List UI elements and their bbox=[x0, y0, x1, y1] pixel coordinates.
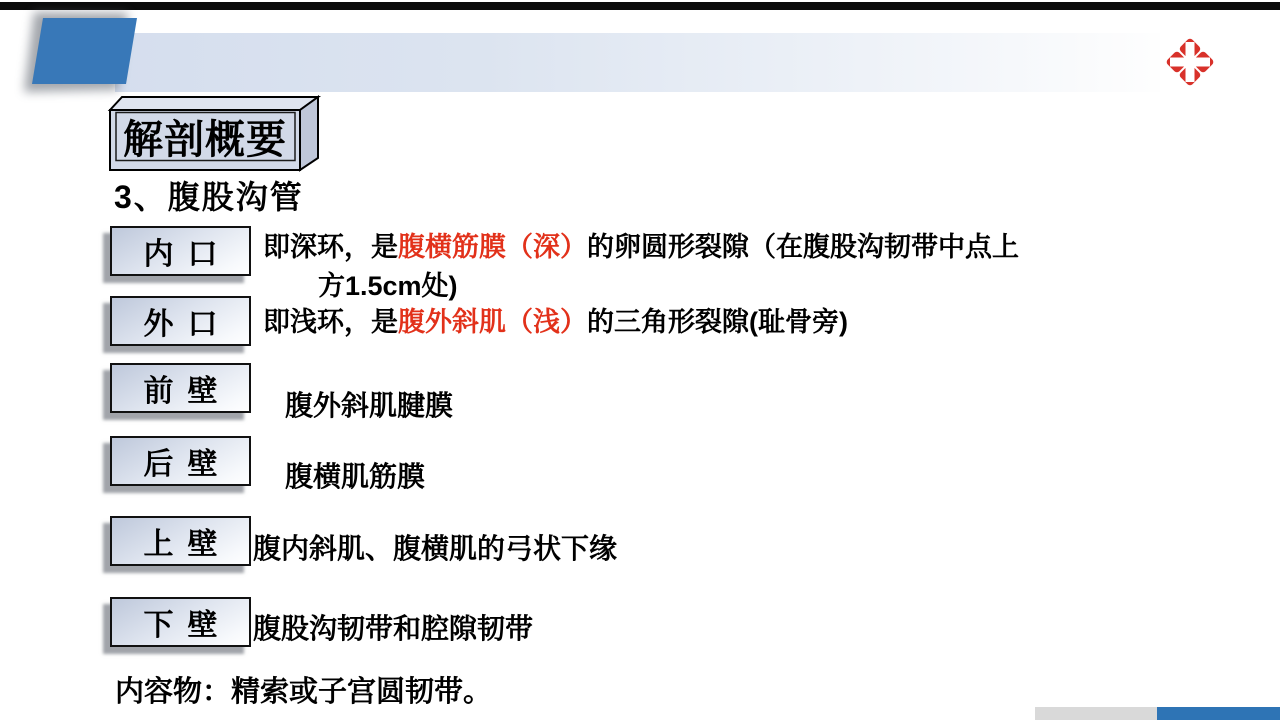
header-gradient-band bbox=[115, 33, 1160, 92]
inferior-wall-label-box: 下壁 bbox=[110, 597, 251, 647]
inner-opening-description-line2: 方1.5cm处) bbox=[318, 264, 458, 303]
section-heading: 3、腹股沟管 bbox=[114, 172, 304, 218]
superior-wall-description: 腹内斜肌、腹横肌的弓状下缘 bbox=[253, 527, 617, 567]
outer-opening-label: 外口 bbox=[130, 299, 232, 343]
outer-opening-description: 即浅环，是腹外斜肌（浅）的三角形裂隙(耻骨旁) bbox=[263, 304, 1223, 341]
superior-wall-label-box: 上壁 bbox=[110, 516, 251, 566]
inner-opening-description: 即深环，是腹横筋膜（深）的卵圆形裂隙（在腹股沟韧带中点上 bbox=[263, 229, 1173, 266]
superior-wall-label: 上壁 bbox=[130, 519, 232, 563]
posterior-wall-label: 后壁 bbox=[130, 439, 232, 483]
posterior-wall-label-box: 后壁 bbox=[110, 436, 251, 486]
contents-footer-text: 内容物：精索或子宫圆韧带。 bbox=[115, 669, 492, 710]
anterior-wall-label-box: 前壁 bbox=[110, 363, 251, 413]
posterior-wall-description: 腹横肌筋膜 bbox=[285, 455, 425, 495]
slide-root: 解剖概要 3、腹股沟管 内口 即深环，是腹横筋膜（深）的卵圆形裂隙（在腹股沟韧带… bbox=[0, 0, 1280, 720]
bottom-blue-bar bbox=[1157, 707, 1280, 720]
outer-opening-label-box: 外口 bbox=[110, 296, 251, 346]
inner-opening-label: 内口 bbox=[130, 229, 232, 273]
title-box-label: 解剖概要 bbox=[112, 112, 298, 160]
inner-opening-label-box: 内口 bbox=[110, 226, 251, 276]
blue-shape bbox=[32, 18, 137, 84]
red-cross-logo-icon bbox=[1163, 34, 1217, 90]
inferior-wall-description: 腹股沟韧带和腔隙韧带 bbox=[253, 607, 533, 647]
inferior-wall-label: 下壁 bbox=[130, 600, 232, 644]
bottom-gray-bar bbox=[1035, 707, 1157, 720]
anterior-wall-description: 腹外斜肌腱膜 bbox=[285, 384, 453, 424]
anterior-wall-label: 前壁 bbox=[130, 366, 232, 410]
